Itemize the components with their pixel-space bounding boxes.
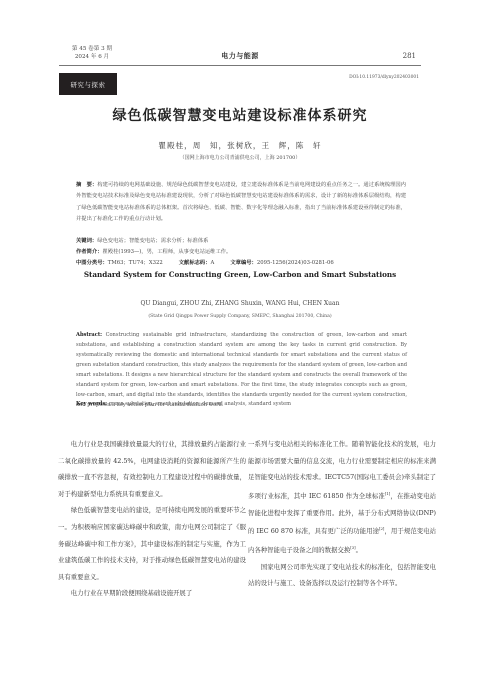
english-abstract: Abstract: Constructing sustainable grid … xyxy=(76,330,407,410)
english-affiliation: (State Grid Qingpu Power Supply Company,… xyxy=(0,314,480,319)
english-authors: QU Diangui, ZHOU Zhi, ZHANG Shuxin, WANG… xyxy=(0,300,480,307)
english-keywords: Key words: green substation, smart subst… xyxy=(76,401,407,407)
body-paragraph: 国家电网公司率先实现了变电站技术的标准化，包括智能变电站的设计与施工、设备选择以… xyxy=(248,559,436,592)
keywords-label: 关键词： xyxy=(76,238,97,244)
body-paragraph: 电力行业是我国碳排放量最大的行业，其排放量约占能源行业二氧化碳排放量的 42.5… xyxy=(58,436,246,502)
article-no-label: 文章编号： xyxy=(230,260,257,266)
article-no-value: 2095-1256(2024)03-0281-06 xyxy=(257,260,334,266)
header-divider xyxy=(59,65,421,66)
body-column-left: 电力行业是我国碳排放量最大的行业，其排放量约占能源行业二氧化碳排放量的 42.5… xyxy=(58,436,246,602)
doc-code-value: A xyxy=(211,260,215,266)
section-tag: 研究与探索 xyxy=(59,73,117,95)
affiliation: （国网上海市电力公司青浦供电公司，上海 201700） xyxy=(0,154,480,161)
paper-title: 绿色低碳智慧变电站建设标准体系研究 xyxy=(0,105,480,125)
classification-line: 中图分类号：TM63；TU74；X322文献标志码：A文章编号：2095-125… xyxy=(76,258,416,266)
clc-label: 中图分类号： xyxy=(76,260,108,266)
author-bio-text: 瞿殿桂(1993—)，男，工程师，从事变电站运维工作。 xyxy=(103,249,232,255)
english-title: Standard System for Constructing Green, … xyxy=(0,270,480,279)
author-bio: 作者简介：瞿殿桂(1993—)，男，工程师，从事变电站运维工作。 xyxy=(76,247,416,255)
english-keywords-text: green substation, smart substation, dema… xyxy=(107,401,291,407)
body-paragraph: 电力行业在早期阶段便围绕基础设施开展了 xyxy=(58,585,246,602)
keywords: 关键词：绿色变电站；智能变电站；需求分析；标准体系 xyxy=(76,236,416,244)
english-abstract-label: Abstract: xyxy=(76,332,102,338)
body-column-right: 一系列与变电站相关的标准化工作。随着智能化技术的发展，电力能源市场需要大量的信息… xyxy=(248,436,436,592)
page-number: 281 xyxy=(403,52,416,60)
abstract-text: 构建可持续的电网基础设施、规范绿色低碳智慧变电站建设，建立建设标准体系是当前电网… xyxy=(76,182,406,222)
authors: 瞿殿桂，周 知，张树欣，王 辉，陈 轩 xyxy=(0,140,480,151)
abstract-label: 摘 要： xyxy=(76,182,97,188)
body-paragraph: 绿色低碳智慧变电站的建设，是可持续电网发展的重要环节之一。为积极响应国家碳达峰碳… xyxy=(58,502,246,585)
doc-code-label: 文献标志码： xyxy=(179,260,211,266)
body-paragraph: 一系列与变电站相关的标准化工作。随着智能化技术的发展，电力能源市场需要大量的信息… xyxy=(248,436,436,559)
doi[interactable]: DOI:10.11973/dlyny202403001 xyxy=(349,75,419,80)
clc-value: TM63；TU74；X322 xyxy=(108,260,163,266)
chinese-abstract: 摘 要：构建可持续的电网基础设施、规范绿色低碳智慧变电站建设，建立建设标准体系是… xyxy=(76,180,406,225)
author-bio-label: 作者简介： xyxy=(76,249,103,255)
keywords-text: 绿色变电站；智能变电站；需求分析；标准体系 xyxy=(97,238,208,244)
english-keywords-label: Key words: xyxy=(76,401,107,407)
english-abstract-text: Constructing sustainable grid infrastruc… xyxy=(76,332,407,408)
journal-page: 第 45 卷第 3 期 2024 年 6 月 电力与能源 281 研究与探索 D… xyxy=(0,0,480,673)
